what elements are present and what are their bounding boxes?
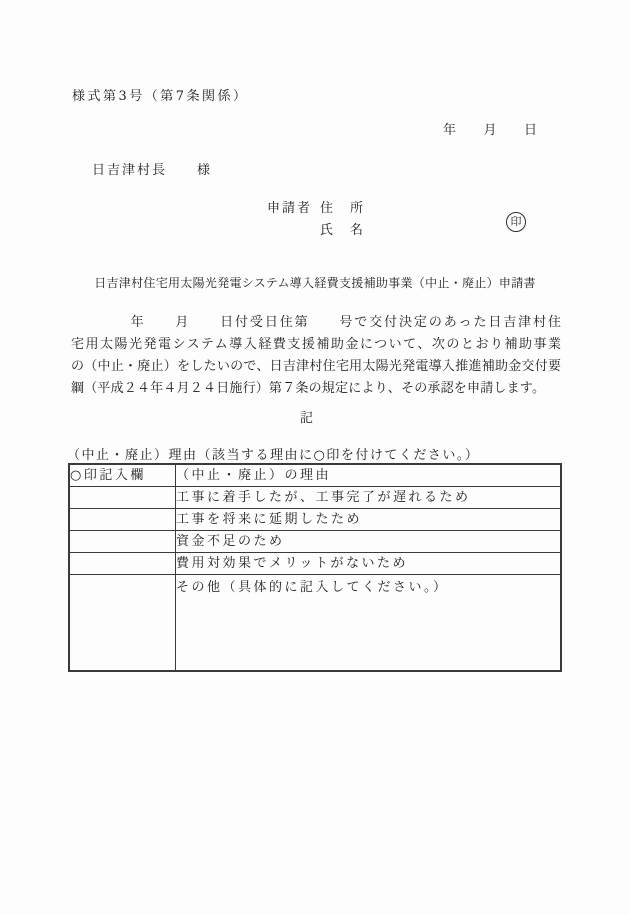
date-line: 年 月 日: [443, 119, 538, 138]
body-paragraph: 年 月 日付受日住第 号で交付決定のあった日吉津村住 宅用太陽光発電システム導入…: [71, 312, 561, 400]
mark-cell[interactable]: [69, 487, 176, 509]
applicant-name-label: 氏 名: [320, 219, 365, 238]
mark-cell[interactable]: [69, 575, 176, 672]
body-line: 年 月 日付受日住第 号で交付決定のあった日吉津村住: [71, 312, 561, 334]
mark-cell[interactable]: [69, 531, 176, 553]
table-row: 工事に着手したが、工事完了が遅れるため: [69, 487, 561, 509]
reason-instruction: （中止・廃止）理由（該当する理由に○印を付けてください。）: [67, 444, 479, 463]
applicant-address-label: 住 所: [320, 197, 365, 216]
mark-cell[interactable]: [69, 509, 176, 531]
mark-column-header: ○印記入欄: [69, 464, 176, 487]
table-row-other: その他（具体的に記入してください。）: [69, 575, 561, 672]
addressee: 日吉津村長 様: [92, 159, 212, 178]
seal-icon[interactable]: 印: [506, 212, 526, 232]
table-header-row: ○印記入欄 （中止・廃止）の理由: [69, 464, 561, 487]
applicant-label: 申請者: [267, 197, 312, 216]
form-number: 様式第3号（第7条関係）: [72, 85, 249, 104]
document-page: 様式第3号（第7条関係） 年 月 日 日吉津村長 様 申請者 住 所 氏 名 印…: [0, 0, 630, 915]
reason-cell: 資金不足のため: [176, 531, 562, 553]
document-title: 日吉津村住宅用太陽光発電システム導入経費支援補助事業（中止・廃止）申請書: [0, 274, 630, 291]
reason-cell: 工事を将来に延期したため: [176, 509, 562, 531]
reason-cell: 費用対効果でメリットがないため: [176, 553, 562, 575]
body-line: 宅用太陽光発電システム導入経費支援補助金について、次のとおり補助事業: [71, 334, 561, 356]
record-heading: 記: [0, 407, 614, 426]
body-line: 綱（平成２４年４月２４日施行）第７条の規定により、その承認を申請します。: [71, 378, 561, 400]
reason-cell: 工事に着手したが、工事完了が遅れるため: [176, 487, 562, 509]
mark-cell[interactable]: [69, 553, 176, 575]
body-line: の（中止・廃止）をしたいので、日吉津村住宅用太陽光発電導入推進補助金交付要: [71, 356, 561, 378]
reason-cell-other[interactable]: その他（具体的に記入してください。）: [176, 575, 562, 672]
table-row: 資金不足のため: [69, 531, 561, 553]
reason-column-header: （中止・廃止）の理由: [176, 464, 562, 487]
table-row: 工事を将来に延期したため: [69, 509, 561, 531]
table-row: 費用対効果でメリットがないため: [69, 553, 561, 575]
reason-table: ○印記入欄 （中止・廃止）の理由 工事に着手したが、工事完了が遅れるため 工事を…: [68, 463, 562, 672]
